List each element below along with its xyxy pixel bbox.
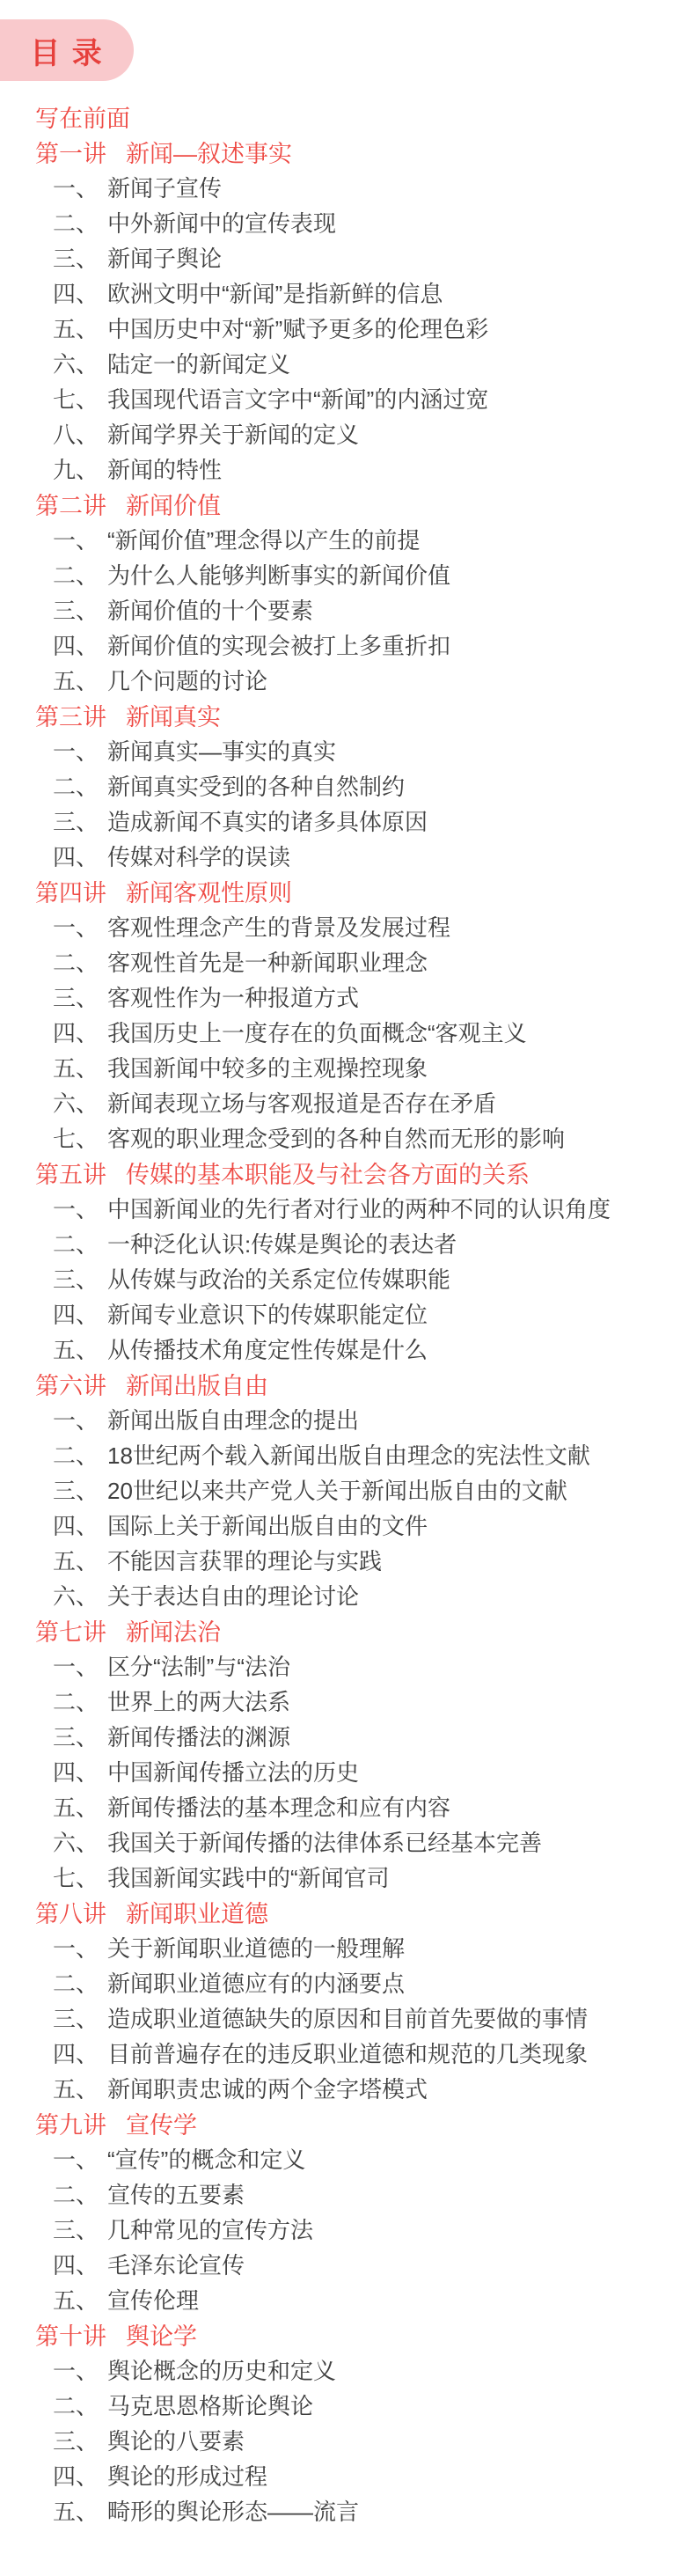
toc-item: 二、一种泛化认识:传媒是舆论的表达者 xyxy=(0,1225,695,1260)
toc-item-number: 二、 xyxy=(53,1684,106,1717)
toc-item-label: 世界上的两大法系 xyxy=(107,1684,290,1717)
toc-item: 二、为什么人能够判断事实的新闻价值 xyxy=(0,556,695,591)
toc-item: 一、“宣传”的概念和定义 xyxy=(0,2140,695,2176)
toc-item: 四、传媒对科学的误读 xyxy=(0,838,695,873)
toc-item-label: 马克思恩格斯论舆论 xyxy=(107,2389,313,2421)
toc-section-heading: 第二讲新闻价值 xyxy=(0,486,695,521)
toc-item-number: 六、 xyxy=(53,347,106,379)
toc-item: 一、关于新闻职业道德的一般理解 xyxy=(0,1929,695,1964)
toc-item: 五、不能因言获罪的理论与实践 xyxy=(0,1542,695,1577)
toc-item-label: 新闻传播法的渊源 xyxy=(107,1720,290,1752)
toc-item-number: 一、 xyxy=(53,523,106,555)
toc-badge-label: 目 录 xyxy=(30,29,103,72)
toc-item-label: 几个问题的讨论 xyxy=(107,664,267,696)
toc-item: 四、新闻价值的实现会被打上多重折扣 xyxy=(0,627,695,662)
toc-item: 三、造成职业道德缺失的原因和目前首先要做的事情 xyxy=(0,2000,695,2035)
toc-section-title: 新闻真实 xyxy=(126,698,221,732)
toc-item-number: 二、 xyxy=(53,206,106,239)
toc-section-heading: 第七讲新闻法治 xyxy=(0,1612,695,1648)
toc-section-number: 第六讲 xyxy=(35,1367,106,1401)
toc-section-title: 舆论学 xyxy=(126,2317,197,2352)
toc-section-number: 第二讲 xyxy=(35,487,106,521)
toc-item: 五、新闻传播法的基本理念和应有内容 xyxy=(0,1788,695,1824)
toc-item: 五、从传播技术角度定性传媒是什么 xyxy=(0,1331,695,1366)
toc-item-number: 六、 xyxy=(53,1086,106,1119)
toc-item-number: 一、 xyxy=(53,1649,106,1682)
toc-item-label: 中国历史中对“新”赋予更多的伦理色彩 xyxy=(107,312,488,344)
toc-item-label: 新闻子舆论 xyxy=(107,241,222,274)
toc-item-number: 六、 xyxy=(53,1825,106,1858)
toc-item: 三、从传媒与政治的关系定位传媒职能 xyxy=(0,1260,695,1295)
toc-item-number: 四、 xyxy=(53,1508,106,1541)
toc-item-number: 二、 xyxy=(53,1438,106,1471)
toc-item-number: 六、 xyxy=(53,1579,106,1611)
toc-item-number: 一、 xyxy=(53,1403,106,1435)
toc-item-label: 新闻职责忠诚的两个金字塔模式 xyxy=(107,2072,428,2104)
toc-section-title: 新闻价值 xyxy=(126,487,221,521)
toc-item: 八、新闻学界关于新闻的定义 xyxy=(0,415,695,451)
toc-section-title: 新闻出版自由 xyxy=(126,1367,268,1401)
toc-section-number: 第四讲 xyxy=(35,874,106,908)
toc-item-number: 五、 xyxy=(53,1544,106,1576)
toc-item-number: 三、 xyxy=(53,2424,106,2456)
toc-item-number: 三、 xyxy=(53,241,106,274)
toc-item-number: 二、 xyxy=(53,2177,106,2210)
toc-item: 五、宣传伦理 xyxy=(0,2281,695,2316)
toc-front-heading: 写在前面 xyxy=(0,99,695,134)
toc-item: 二、客观性首先是一种新闻职业理念 xyxy=(0,943,695,979)
toc-item: 三、20世纪以来共产党人关于新闻出版自由的文献 xyxy=(0,1471,695,1507)
toc-section-heading: 第三讲新闻真实 xyxy=(0,697,695,732)
toc-item: 七、客观的职业理念受到的各种自然而无形的影响 xyxy=(0,1119,695,1155)
toc-item: 二、中外新闻中的宣传表现 xyxy=(0,204,695,239)
toc-item-number: 一、 xyxy=(53,171,106,203)
toc-item-number: 四、 xyxy=(53,1297,106,1330)
toc-item-label: 从传播技术角度定性传媒是什么 xyxy=(107,1332,428,1365)
toc-item-number: 七、 xyxy=(53,1860,106,1893)
toc-item-label: 目前普遍存在的违反职业道德和规范的几类现象 xyxy=(107,2037,588,2069)
toc-item: 一、区分“法制”与“法治 xyxy=(0,1648,695,1683)
toc-item: 四、舆论的形成过程 xyxy=(0,2457,695,2492)
toc-item-number: 四、 xyxy=(53,840,106,872)
toc-item: 四、新闻专业意识下的传媒职能定位 xyxy=(0,1295,695,1331)
toc-item-number: 四、 xyxy=(53,1016,106,1048)
toc-item-label: 新闻真实受到的各种自然制约 xyxy=(107,769,405,802)
toc-item: 一、“新闻价值”理念得以产生的前提 xyxy=(0,521,695,556)
page-header: 目 录 xyxy=(0,19,695,81)
toc-item-label: 新闻价值的十个要素 xyxy=(107,593,313,626)
toc-item-label: 中国新闻业的先行者对行业的两种不同的认识角度 xyxy=(107,1192,611,1224)
toc-item-number: 一、 xyxy=(53,1192,106,1224)
toc-item: 六、陆定一的新闻定义 xyxy=(0,345,695,380)
toc-item: 六、关于表达自由的理论讨论 xyxy=(0,1577,695,1612)
toc-item: 三、几种常见的宣传方法 xyxy=(0,2211,695,2246)
toc-item-label: 客观的职业理念受到的各种自然而无形的影响 xyxy=(107,1121,565,1154)
toc-item-number: 二、 xyxy=(53,1966,106,1999)
toc-item-number: 三、 xyxy=(53,980,106,1013)
toc-item-label: 新闻传播法的基本理念和应有内容 xyxy=(107,1790,450,1823)
toc-item-label: 传媒对科学的误读 xyxy=(107,840,290,872)
toc-section-title: 新闻—叙述事实 xyxy=(126,135,292,169)
toc-item-label: 几种常见的宣传方法 xyxy=(107,2213,313,2245)
toc-item-label: 关于新闻职业道德的一般理解 xyxy=(107,1931,405,1963)
toc-item: 二、新闻职业道德应有的内涵要点 xyxy=(0,1964,695,2000)
toc-item: 五、中国历史中对“新”赋予更多的伦理色彩 xyxy=(0,310,695,345)
toc-item-label: 新闻子宣传 xyxy=(107,171,222,203)
toc-item-number: 五、 xyxy=(53,2283,106,2315)
toc-item-number: 五、 xyxy=(53,664,106,696)
toc-item-label: 国际上关于新闻出版自由的文件 xyxy=(107,1508,428,1541)
toc-section-title: 新闻客观性原则 xyxy=(126,874,292,908)
toc-item-label: 宣传的五要素 xyxy=(107,2177,245,2210)
toc-item-number: 四、 xyxy=(53,2248,106,2280)
toc-item-number: 四、 xyxy=(53,2459,106,2492)
toc-item: 四、毛泽东论宣传 xyxy=(0,2246,695,2281)
toc-item-label: 中外新闻中的宣传表现 xyxy=(107,206,336,239)
toc-item-label: 区分“法制”与“法治 xyxy=(107,1649,290,1682)
toc-item-label: 我国现代语言文字中“新闻”的内涵过宽 xyxy=(107,382,488,415)
toc-section-heading: 第八讲新闻职业道德 xyxy=(0,1894,695,1929)
toc-item: 七、我国新闻实践中的“新闻官司 xyxy=(0,1859,695,1894)
toc-item-number: 三、 xyxy=(53,1473,106,1506)
toc-item-number: 三、 xyxy=(53,804,106,837)
toc-section-title: 新闻职业道德 xyxy=(126,1895,268,1929)
toc-item: 一、新闻子宣传 xyxy=(0,169,695,204)
toc-item: 四、目前普遍存在的违反职业道德和规范的几类现象 xyxy=(0,2035,695,2070)
toc-item-label: 新闻学界关于新闻的定义 xyxy=(107,417,359,450)
toc-section-number: 第十讲 xyxy=(35,2317,106,2352)
toc-item: 三、新闻子舆论 xyxy=(0,239,695,275)
toc-item-label: 从传媒与政治的关系定位传媒职能 xyxy=(107,1262,450,1295)
toc-section-heading: 第十讲舆论学 xyxy=(0,2316,695,2352)
toc-item-number: 二、 xyxy=(53,2389,106,2421)
toc-item-label: 新闻的特性 xyxy=(107,452,222,485)
toc-item: 二、宣传的五要素 xyxy=(0,2176,695,2211)
toc-item-label: 不能因言获罪的理论与实践 xyxy=(107,1544,382,1576)
toc-item: 三、客观性作为一种报道方式 xyxy=(0,979,695,1014)
toc-item-number: 一、 xyxy=(53,734,106,767)
toc-section-heading: 第四讲新闻客观性原则 xyxy=(0,873,695,908)
toc-section-title: 传媒的基本职能及与社会各方面的关系 xyxy=(126,1156,530,1190)
toc-item-label: 客观性首先是一种新闻职业理念 xyxy=(107,945,428,978)
toc-section-heading: 第六讲新闻出版自由 xyxy=(0,1366,695,1401)
toc-item-number: 三、 xyxy=(53,1262,106,1295)
toc-item-number: 三、 xyxy=(53,2213,106,2245)
toc-item: 五、几个问题的讨论 xyxy=(0,662,695,697)
toc-badge: 目 录 xyxy=(0,19,134,81)
toc-item-label: 毛泽东论宣传 xyxy=(107,2248,245,2280)
toc-item-number: 一、 xyxy=(53,2142,106,2175)
toc-item-number: 三、 xyxy=(53,1720,106,1752)
toc-item-label: 造成职业道德缺失的原因和目前首先要做的事情 xyxy=(107,2001,588,2034)
toc-item: 二、世界上的两大法系 xyxy=(0,1683,695,1718)
toc-item: 二、18世纪两个载入新闻出版自由理念的宪法性文献 xyxy=(0,1436,695,1471)
toc-item-label: 新闻真实—事实的真实 xyxy=(107,734,336,767)
toc-item-number: 五、 xyxy=(53,1790,106,1823)
toc-item-number: 四、 xyxy=(53,1755,106,1787)
toc-item: 三、造成新闻不真实的诸多具体原因 xyxy=(0,803,695,838)
toc-item-label: 宣传伦理 xyxy=(107,2283,199,2315)
toc-item-number: 八、 xyxy=(53,417,106,450)
toc-item: 三、新闻价值的十个要素 xyxy=(0,591,695,627)
toc-item-label: 舆论的八要素 xyxy=(107,2424,245,2456)
toc-item-number: 五、 xyxy=(53,1051,106,1083)
toc-item-number: 四、 xyxy=(53,628,106,661)
toc-item: 三、舆论的八要素 xyxy=(0,2422,695,2457)
toc-item-label: 我国关于新闻传播的法律体系已经基本完善 xyxy=(107,1825,542,1858)
toc-section-number: 第九讲 xyxy=(35,2106,106,2140)
toc-section-heading: 第九讲宣传学 xyxy=(0,2105,695,2140)
toc-item-number: 九、 xyxy=(53,452,106,485)
toc-item: 四、我国历史上一度存在的负面概念“客观主义 xyxy=(0,1014,695,1049)
toc-item: 五、畸形的舆论形态——流言 xyxy=(0,2492,695,2528)
toc-item-label: 一种泛化认识:传媒是舆论的表达者 xyxy=(107,1227,457,1259)
toc-item-label: 我国历史上一度存在的负面概念“客观主义 xyxy=(107,1016,527,1048)
toc-item: 五、我国新闻中较多的主观操控现象 xyxy=(0,1049,695,1084)
toc-item-label: 新闻职业道德应有的内涵要点 xyxy=(107,1966,405,1999)
toc-list: 写在前面第一讲新闻—叙述事实一、新闻子宣传二、中外新闻中的宣传表现三、新闻子舆论… xyxy=(0,99,695,2528)
toc-section-number: 第八讲 xyxy=(35,1895,106,1929)
toc-section-number: 第三讲 xyxy=(35,698,106,732)
toc-item-number: 三、 xyxy=(53,2001,106,2034)
toc-item-label: 18世纪两个载入新闻出版自由理念的宪法性文献 xyxy=(107,1438,590,1471)
toc-section-number: 第七讲 xyxy=(35,1613,106,1648)
toc-item-number: 一、 xyxy=(53,910,106,943)
toc-item: 一、舆论概念的历史和定义 xyxy=(0,2352,695,2387)
toc-item: 一、新闻真实—事实的真实 xyxy=(0,732,695,767)
toc-item-label: 我国新闻实践中的“新闻官司 xyxy=(107,1860,390,1893)
toc-item: 一、客观性理念产生的背景及发展过程 xyxy=(0,908,695,943)
toc-item: 一、中国新闻业的先行者对行业的两种不同的认识角度 xyxy=(0,1190,695,1225)
toc-item-label: 客观性理念产生的背景及发展过程 xyxy=(107,910,450,943)
toc-item-number: 三、 xyxy=(53,593,106,626)
toc-item: 六、新闻表现立场与客观报道是否存在矛盾 xyxy=(0,1084,695,1119)
toc-item-label: 畸形的舆论形态——流言 xyxy=(107,2494,359,2527)
toc-item-number: 四、 xyxy=(53,276,106,309)
toc-item-number: 五、 xyxy=(53,312,106,344)
toc-item-number: 五、 xyxy=(53,2494,106,2527)
toc-item-number: 一、 xyxy=(53,2353,106,2386)
toc-item-number: 五、 xyxy=(53,1332,106,1365)
toc-section-heading: 第一讲新闻—叙述事实 xyxy=(0,134,695,169)
toc-item: 一、新闻出版自由理念的提出 xyxy=(0,1401,695,1436)
toc-item-label: 陆定一的新闻定义 xyxy=(107,347,290,379)
toc-item-number: 七、 xyxy=(53,1121,106,1154)
toc-item-label: “新闻价值”理念得以产生的前提 xyxy=(107,523,420,555)
toc-item-label: 新闻出版自由理念的提出 xyxy=(107,1403,359,1435)
toc-item: 二、马克思恩格斯论舆论 xyxy=(0,2387,695,2422)
toc-item-label: 欧洲文明中“新闻”是指新鲜的信息 xyxy=(107,276,443,309)
toc-section-heading: 第五讲传媒的基本职能及与社会各方面的关系 xyxy=(0,1155,695,1190)
toc-item: 九、新闻的特性 xyxy=(0,451,695,486)
toc-item-number: 二、 xyxy=(53,769,106,802)
toc-item-label: 20世纪以来共产党人关于新闻出版自由的文献 xyxy=(107,1473,567,1506)
toc-item: 四、欧洲文明中“新闻”是指新鲜的信息 xyxy=(0,275,695,310)
toc-item-number: 四、 xyxy=(53,2037,106,2069)
toc-item-number: 一、 xyxy=(53,1931,106,1963)
toc-item-number: 二、 xyxy=(53,1227,106,1259)
toc-item: 五、新闻职责忠诚的两个金字塔模式 xyxy=(0,2070,695,2105)
toc-item: 四、中国新闻传播立法的历史 xyxy=(0,1753,695,1788)
toc-section-title: 宣传学 xyxy=(126,2106,197,2140)
toc-item-number: 七、 xyxy=(53,382,106,415)
toc-item-label: “宣传”的概念和定义 xyxy=(107,2142,305,2175)
toc-item-number: 二、 xyxy=(53,945,106,978)
toc-front-label: 写在前面 xyxy=(35,99,130,134)
toc-item-label: 中国新闻传播立法的历史 xyxy=(107,1755,359,1787)
toc-item-label: 新闻价值的实现会被打上多重折扣 xyxy=(107,628,450,661)
toc-item-label: 新闻专业意识下的传媒职能定位 xyxy=(107,1297,428,1330)
toc-item-label: 新闻表现立场与客观报道是否存在矛盾 xyxy=(107,1086,496,1119)
toc-item-label: 我国新闻中较多的主观操控现象 xyxy=(107,1051,428,1083)
toc-item: 七、我国现代语言文字中“新闻”的内涵过宽 xyxy=(0,380,695,415)
toc-item-label: 客观性作为一种报道方式 xyxy=(107,980,359,1013)
toc-item-label: 为什么人能够判断事实的新闻价值 xyxy=(107,558,450,591)
toc-item-label: 关于表达自由的理论讨论 xyxy=(107,1579,359,1611)
toc-item-label: 舆论的形成过程 xyxy=(107,2459,267,2492)
toc-item-label: 舆论概念的历史和定义 xyxy=(107,2353,336,2386)
toc-section-number: 第五讲 xyxy=(35,1156,106,1190)
toc-section-title: 新闻法治 xyxy=(126,1613,221,1648)
toc-item-label: 造成新闻不真实的诸多具体原因 xyxy=(107,804,428,837)
toc-item-number: 五、 xyxy=(53,2072,106,2104)
toc-item: 六、我国关于新闻传播的法律体系已经基本完善 xyxy=(0,1824,695,1859)
toc-section-number: 第一讲 xyxy=(35,135,106,169)
toc-item-number: 二、 xyxy=(53,558,106,591)
toc-item: 三、新闻传播法的渊源 xyxy=(0,1718,695,1753)
toc-item: 四、国际上关于新闻出版自由的文件 xyxy=(0,1507,695,1542)
toc-item: 二、新闻真实受到的各种自然制约 xyxy=(0,767,695,803)
